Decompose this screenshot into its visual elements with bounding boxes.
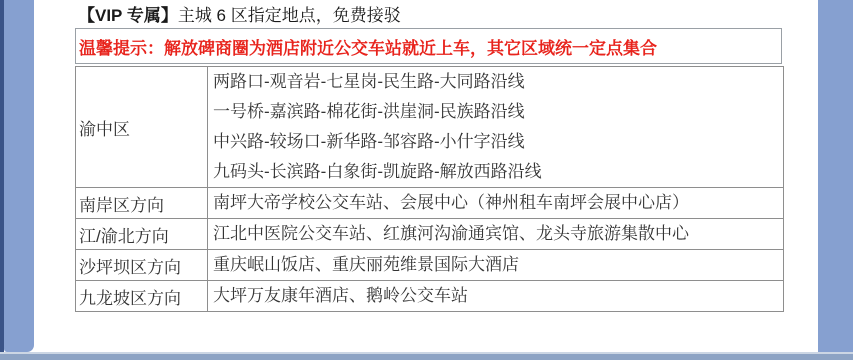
right-accent-band <box>818 0 853 360</box>
route-line: 江北中医院公交车站、红旗河沟渝通宾馆、龙头寺旅游集散中心 <box>213 219 783 249</box>
table-row: 九龙坡区方向 大坪万友康年酒店、鹅岭公交车站 <box>76 281 784 312</box>
route-line: 中兴路-较场口-新华路-邹容路-小什字沿线 <box>213 127 783 157</box>
route-line: 一号桥-嘉滨路-棉花街-洪崖洞-民族路沿线 <box>213 97 783 127</box>
page-title-rest: 主城 6 区指定地点，免费接驳 <box>178 6 401 25</box>
district-label: 渝中区 <box>76 67 208 188</box>
route-list: 重庆岷山饭店、重庆丽苑维景国际大酒店 <box>208 250 784 281</box>
bottom-accent-strip <box>0 352 853 360</box>
table-row: 江/渝北方向 江北中医院公交车站、红旗河沟渝通宾馆、龙头寺旅游集散中心 <box>76 219 784 250</box>
table-row: 南岸区方向 南坪大帝学校公交车站、会展中心（神州租车南坪会展中心店） <box>76 188 784 219</box>
page-title: 【VIP 专属】主城 6 区指定地点，免费接驳 <box>78 4 401 28</box>
route-line: 南坪大帝学校公交车站、会展中心（神州租车南坪会展中心店） <box>213 188 783 218</box>
slide-canvas: 【VIP 专属】主城 6 区指定地点，免费接驳 温馨提示：解放碑商圈为酒店附近公… <box>0 0 853 360</box>
notice-box: 温馨提示：解放碑商圈为酒店附近公交车站就近上车，其它区域统一定点集合 <box>75 28 782 64</box>
table-row: 渝中区 两路口-观音岩-七星岗-民生路-大同路沿线 一号桥-嘉滨路-棉花街-洪崖… <box>76 67 784 188</box>
district-label: 九龙坡区方向 <box>76 281 208 312</box>
page-title-prefix: 【VIP 专属】 <box>78 6 178 25</box>
route-list: 两路口-观音岩-七星岗-民生路-大同路沿线 一号桥-嘉滨路-棉花街-洪崖洞-民族… <box>208 67 784 188</box>
table-row: 沙坪坝区方向 重庆岷山饭店、重庆丽苑维景国际大酒店 <box>76 250 784 281</box>
left-accent-band <box>4 0 34 352</box>
notice-text: 温馨提示：解放碑商圈为酒店附近公交车站就近上车，其它区域统一定点集合 <box>79 34 657 59</box>
route-line: 重庆岷山饭店、重庆丽苑维景国际大酒店 <box>213 250 783 280</box>
district-label: 沙坪坝区方向 <box>76 250 208 281</box>
pickup-locations-table: 渝中区 两路口-观音岩-七星岗-民生路-大同路沿线 一号桥-嘉滨路-棉花街-洪崖… <box>75 66 784 312</box>
route-list: 南坪大帝学校公交车站、会展中心（神州租车南坪会展中心店） <box>208 188 784 219</box>
route-list: 江北中医院公交车站、红旗河沟渝通宾馆、龙头寺旅游集散中心 <box>208 219 784 250</box>
route-line: 两路口-观音岩-七星岗-民生路-大同路沿线 <box>213 67 783 97</box>
route-line: 九码头-长滨路-白象街-凯旋路-解放西路沿线 <box>213 157 783 187</box>
route-list: 大坪万友康年酒店、鹅岭公交车站 <box>208 281 784 312</box>
route-line: 大坪万友康年酒店、鹅岭公交车站 <box>213 281 783 311</box>
district-label: 南岸区方向 <box>76 188 208 219</box>
district-label: 江/渝北方向 <box>76 219 208 250</box>
